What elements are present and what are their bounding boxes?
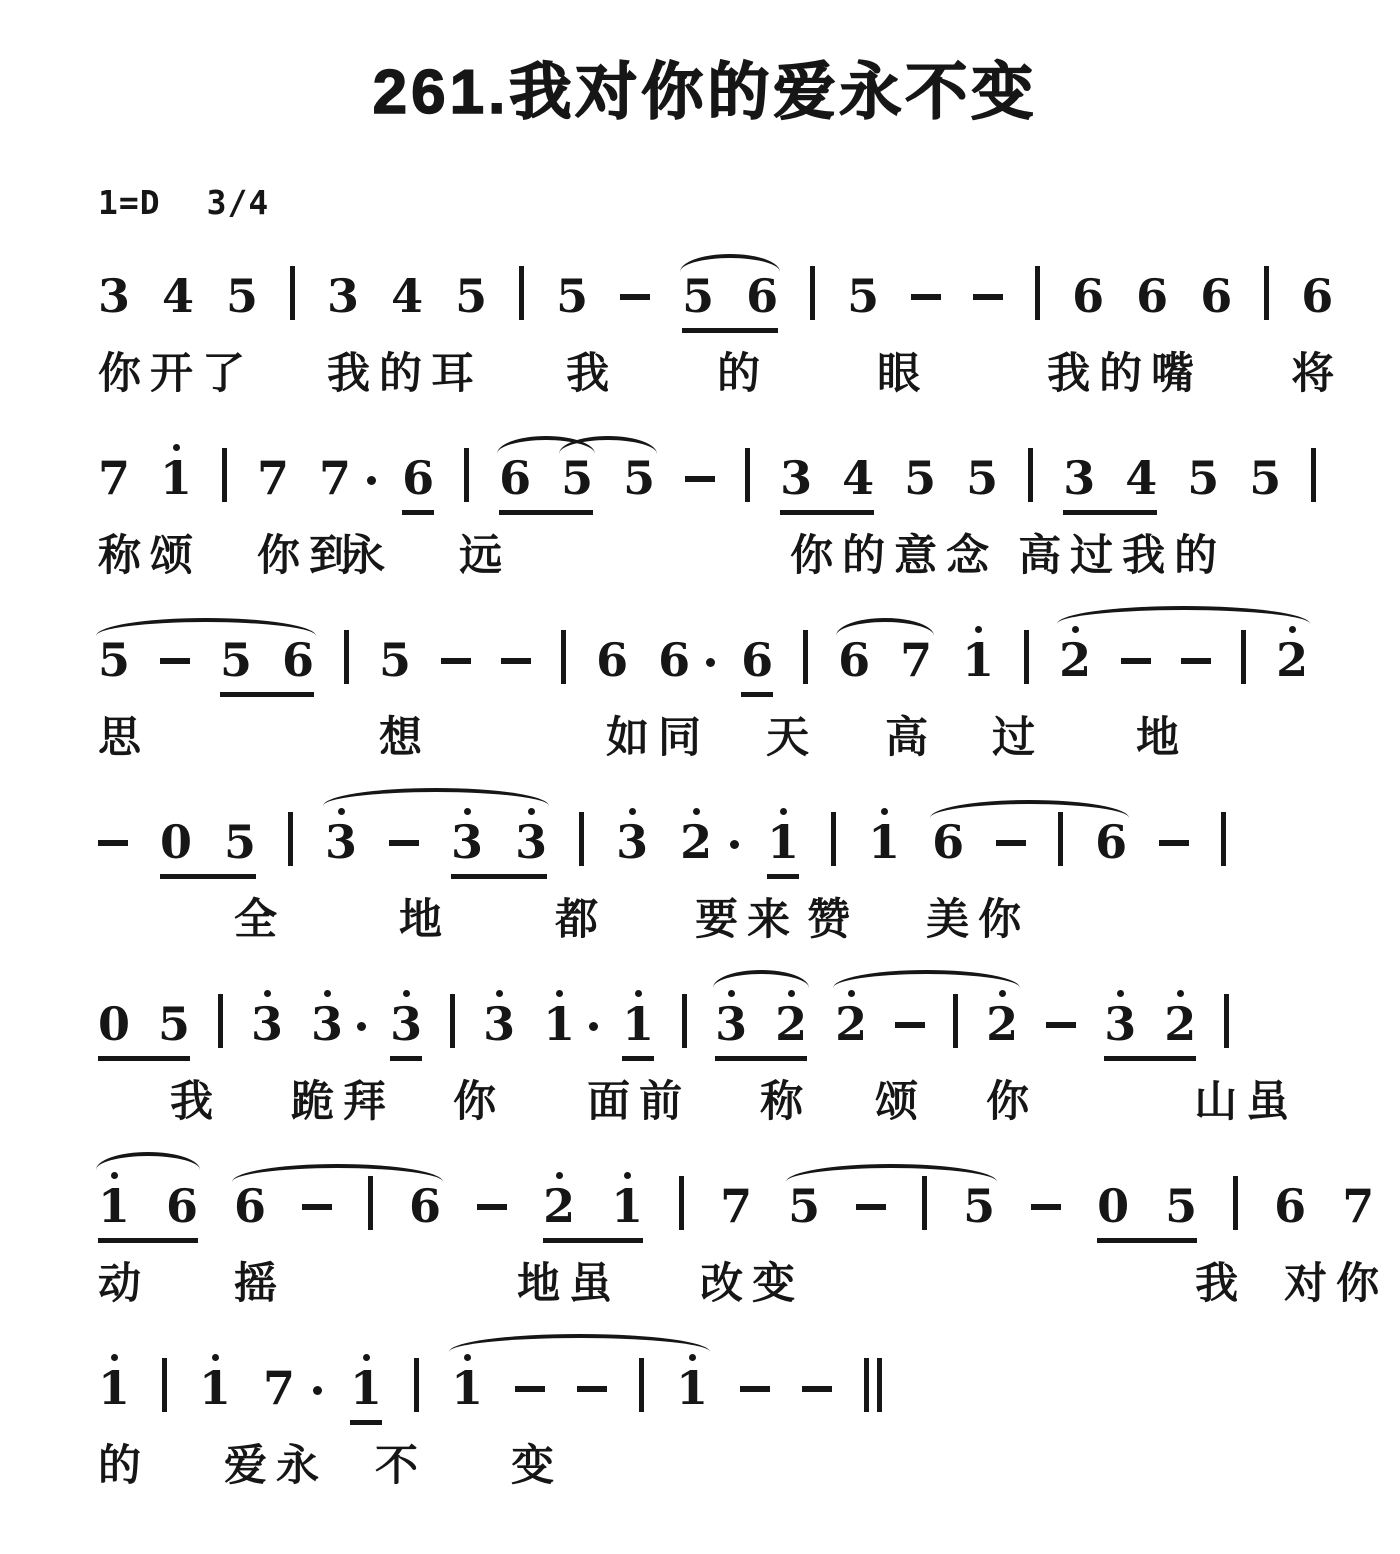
note-6: 6 xyxy=(932,788,964,874)
dot-mark xyxy=(706,658,715,667)
barline-mark xyxy=(639,1358,644,1412)
octave-dot xyxy=(1289,626,1296,633)
octave-dot xyxy=(464,808,471,815)
note-1: 1 xyxy=(962,606,994,692)
dash-mark xyxy=(895,1022,925,1028)
octave-dot xyxy=(728,990,735,997)
note-number: 2 xyxy=(1276,636,1308,684)
barline xyxy=(803,606,808,692)
time-signature: 3/4 xyxy=(207,183,270,222)
note-number: 5 xyxy=(788,1182,820,1230)
octave-dot xyxy=(693,808,700,815)
octave-dot xyxy=(363,1354,370,1361)
note-1: 1 xyxy=(199,1334,231,1420)
barline-mark xyxy=(810,266,815,320)
note-5: 5 xyxy=(966,424,998,510)
note-1: 1 xyxy=(160,424,192,510)
dash-mark xyxy=(302,1204,332,1210)
slur-arc xyxy=(449,1334,710,1352)
note-number: 1 xyxy=(767,818,799,866)
note-1: 1 xyxy=(611,1152,643,1238)
octave-dot xyxy=(464,1354,471,1361)
lyric-text: 你的意念 xyxy=(790,522,998,583)
barline xyxy=(344,606,349,692)
barline-mark xyxy=(922,1176,927,1230)
duration-dash xyxy=(1031,1152,1061,1238)
octave-dot xyxy=(324,990,331,997)
note-5: 5 xyxy=(847,242,879,328)
octave-dot xyxy=(1177,990,1184,997)
note-number: 7 xyxy=(319,454,351,502)
lyric-text: 如同 xyxy=(606,704,710,765)
dash-mark xyxy=(1159,840,1189,846)
music-line-1: 34534555656666你开了我的耳我的眼我的嘴将 xyxy=(98,242,1312,410)
note-number: 2 xyxy=(986,1000,1018,1048)
barline xyxy=(682,970,687,1056)
note-number: 6 xyxy=(658,636,690,684)
barline-mark xyxy=(1311,448,1316,502)
note-number: 3 xyxy=(715,1000,747,1048)
note-number: 5 xyxy=(556,272,588,320)
barline-mark xyxy=(464,448,469,502)
barline-mark xyxy=(414,1358,419,1412)
note-number: 5 xyxy=(1165,1182,1197,1230)
note-number: 2 xyxy=(1164,1000,1196,1048)
dash-mark xyxy=(477,1204,507,1210)
barline-mark xyxy=(1233,1176,1238,1230)
barline-mark xyxy=(803,630,808,684)
octave-dot xyxy=(975,626,982,633)
song-title: 261.我对你的爱永不变 xyxy=(98,42,1312,131)
note-number: 3 xyxy=(515,818,547,866)
barline-mark xyxy=(450,994,455,1048)
octave-dot xyxy=(635,990,642,997)
beam-group: 1 xyxy=(767,788,799,879)
note-number: 6 xyxy=(1274,1182,1306,1230)
note-5: 5 xyxy=(379,606,411,692)
lyric-text: 摇 xyxy=(234,1250,286,1311)
duration-dash xyxy=(441,606,471,692)
note-7: 7 xyxy=(257,424,289,510)
duration-dash xyxy=(685,424,715,510)
barline-mark xyxy=(745,448,750,502)
barline xyxy=(1224,970,1229,1056)
lyric-text: 眼 xyxy=(877,340,929,401)
barline-mark xyxy=(1024,630,1029,684)
lyric-text: 我 xyxy=(1195,1250,1247,1311)
octave-dot xyxy=(848,990,855,997)
note-number: 5 xyxy=(1187,454,1219,502)
music-line-3: 556566667122思想如同天高过地 xyxy=(98,606,1312,774)
barline-mark xyxy=(1264,266,1269,320)
note-number: 5 xyxy=(847,272,879,320)
octave-dot xyxy=(528,808,535,815)
note-5: 5 xyxy=(455,242,487,328)
note-7: 7 xyxy=(720,1152,752,1238)
note-number: 1 xyxy=(868,818,900,866)
octave-dot xyxy=(881,808,888,815)
dot-mark xyxy=(357,1022,366,1031)
lyric-text: 我 xyxy=(566,340,618,401)
note-7: 7 xyxy=(98,424,130,510)
lyric-text: 全 xyxy=(234,886,286,947)
beam-group: 05 xyxy=(1097,1152,1197,1243)
note-number: 5 xyxy=(220,636,252,684)
barline xyxy=(464,424,469,510)
note-number: 6 xyxy=(932,818,964,866)
note-1: 1 xyxy=(767,788,799,874)
lyric-text: 地 xyxy=(1136,704,1188,765)
note-3: 3 xyxy=(327,242,359,328)
rhythm-dot xyxy=(730,788,739,874)
barline xyxy=(1035,242,1040,328)
duration-dash xyxy=(911,242,941,328)
note-5: 5 xyxy=(226,242,258,328)
note-number: 7 xyxy=(263,1364,295,1412)
lyric-text: 改变 xyxy=(700,1250,804,1311)
note-4: 4 xyxy=(391,242,423,328)
barline xyxy=(1311,424,1316,510)
lyric-text: 的 xyxy=(98,1432,150,1493)
beam-group: 6 xyxy=(402,424,434,515)
note-number: 5 xyxy=(682,272,714,320)
barline xyxy=(1233,1152,1238,1238)
barline xyxy=(679,1152,684,1238)
note-number: 6 xyxy=(838,636,870,684)
note-5: 5 xyxy=(1165,1152,1197,1238)
note-7: 7 xyxy=(263,1334,295,1420)
lyric-text: 颂 xyxy=(875,1068,927,1129)
octave-dot xyxy=(264,990,271,997)
barline xyxy=(810,242,815,328)
notation-row: 34534555656666 xyxy=(98,242,1312,328)
barline xyxy=(290,242,295,328)
note-number: 1 xyxy=(199,1364,231,1412)
lyric-text: 你开了 xyxy=(98,340,254,401)
beam-group: 21 xyxy=(543,1152,643,1243)
note-1: 1 xyxy=(868,788,900,874)
note-number: 2 xyxy=(543,1182,575,1230)
note-number: 6 xyxy=(596,636,628,684)
dash-mark xyxy=(620,294,650,300)
lyric-text: 动 xyxy=(98,1250,150,1311)
notation-row: 556566667122 xyxy=(98,606,1312,692)
note-6: 6 xyxy=(1200,242,1232,328)
note-4: 4 xyxy=(162,242,194,328)
barline xyxy=(288,788,293,874)
barline xyxy=(831,788,836,874)
note-1: 1 xyxy=(622,970,654,1056)
note-number: 1 xyxy=(160,454,192,502)
dash-mark xyxy=(577,1386,607,1392)
dash-mark xyxy=(441,658,471,664)
lyric-text: 要来 xyxy=(695,886,799,947)
barline-mark xyxy=(679,1176,684,1230)
note-3: 3 xyxy=(1104,970,1136,1056)
barline-mark xyxy=(1241,630,1246,684)
lyric-text: 山虽 xyxy=(1194,1068,1298,1129)
note-6: 6 xyxy=(409,1152,441,1238)
barline xyxy=(450,970,455,1056)
note-5: 5 xyxy=(963,1152,995,1238)
notation-row: 05333321166 xyxy=(98,788,1312,874)
notation-row: 7177665534553455 xyxy=(98,424,1312,510)
barline xyxy=(162,1334,167,1420)
dot-mark xyxy=(730,840,739,849)
barline xyxy=(218,970,223,1056)
notation-row: 05333311322232 xyxy=(98,970,1312,1056)
note-number: 1 xyxy=(98,1182,130,1230)
note-number: 4 xyxy=(162,272,194,320)
barline-mark xyxy=(368,1176,373,1230)
barline-mark xyxy=(344,630,349,684)
note-number: 1 xyxy=(451,1364,483,1412)
barline xyxy=(519,242,524,328)
dash-mark xyxy=(98,840,128,846)
note-number: 1 xyxy=(543,1000,575,1048)
duration-dash xyxy=(802,1334,832,1420)
final-double-barline xyxy=(864,1334,882,1420)
lyric-text: 不 xyxy=(375,1432,427,1493)
lyric-text: 你 xyxy=(986,1068,1038,1129)
dash-mark xyxy=(501,658,531,664)
barline xyxy=(1264,242,1269,328)
barline-mark xyxy=(561,630,566,684)
note-number: 4 xyxy=(1125,454,1157,502)
lyrics-row: 我跪拜你面前称颂你山虽 xyxy=(98,1058,1312,1138)
music-lines: 34534555656666你开了我的耳我的眼我的嘴将7177665534553… xyxy=(98,242,1312,1502)
note-5: 5 xyxy=(1249,424,1281,510)
beam-group: 1 xyxy=(350,1334,382,1425)
note-number: 0 xyxy=(98,1000,130,1048)
note-5: 5 xyxy=(904,424,936,510)
note-2: 2 xyxy=(1164,970,1196,1056)
octave-dot xyxy=(173,444,180,451)
dot-mark xyxy=(367,476,376,485)
lyric-text: 变 xyxy=(511,1432,563,1493)
beam-group: 32 xyxy=(1104,970,1196,1061)
duration-dash xyxy=(740,1334,770,1420)
dash-mark xyxy=(856,1204,886,1210)
barline-mark xyxy=(1028,448,1033,502)
note-5: 5 xyxy=(158,970,190,1056)
beam-group: 05 xyxy=(98,970,190,1061)
note-number: 6 xyxy=(402,454,434,502)
octave-dot xyxy=(780,808,787,815)
lyric-text: 地 xyxy=(399,886,451,947)
note-number: 6 xyxy=(1072,272,1104,320)
octave-dot xyxy=(338,808,345,815)
note-5: 5 xyxy=(98,606,130,692)
barline-mark xyxy=(162,1358,167,1412)
barline xyxy=(1024,606,1029,692)
octave-dot xyxy=(212,1354,219,1361)
note-6: 6 xyxy=(234,1152,266,1238)
note-number: 5 xyxy=(623,454,655,502)
octave-dot xyxy=(111,1354,118,1361)
note-number: 0 xyxy=(1097,1182,1129,1230)
lyric-text: 远 xyxy=(459,522,511,583)
beam-group: 05 xyxy=(160,788,256,879)
note-6: 6 xyxy=(402,424,434,510)
note-number: 7 xyxy=(900,636,932,684)
lyrics-row: 称颂你到永远你的意念高过我的 xyxy=(98,512,1312,592)
lyric-text: 美你 xyxy=(926,886,1030,947)
dot-mark xyxy=(589,1022,598,1031)
dash-mark xyxy=(973,294,1003,300)
octave-dot xyxy=(556,1172,563,1179)
note-2: 2 xyxy=(543,1152,575,1238)
lyric-text: 高 xyxy=(885,704,937,765)
barline-mark xyxy=(877,1358,882,1412)
lyric-text: 我 xyxy=(170,1068,222,1129)
barline-mark xyxy=(579,812,584,866)
duration-dash xyxy=(1159,788,1189,874)
rhythm-dot xyxy=(589,970,598,1056)
rest-note: 0 xyxy=(160,788,192,874)
barline-mark xyxy=(222,448,227,502)
duration-dash xyxy=(98,788,128,874)
note-5: 5 xyxy=(556,242,588,328)
beam-group: 34 xyxy=(780,424,874,515)
note-number: 7 xyxy=(257,454,289,502)
octave-dot xyxy=(689,1354,696,1361)
note-number: 2 xyxy=(1059,636,1091,684)
note-number: 2 xyxy=(680,818,712,866)
note-5: 5 xyxy=(788,1152,820,1238)
note-number: 3 xyxy=(390,1000,422,1048)
double-bar-group xyxy=(864,1358,882,1412)
note-number: 3 xyxy=(1063,454,1095,502)
barline-mark xyxy=(519,266,524,320)
note-number: 2 xyxy=(835,1000,867,1048)
duration-dash xyxy=(973,242,1003,328)
barline-mark xyxy=(218,994,223,1048)
dash-mark xyxy=(160,658,190,664)
octave-dot xyxy=(999,990,1006,997)
note-number: 4 xyxy=(842,454,874,502)
note-number: 5 xyxy=(226,272,258,320)
lyric-text: 永 xyxy=(342,522,394,583)
dash-mark xyxy=(1046,1022,1076,1028)
duration-dash xyxy=(477,1152,507,1238)
note-number: 3 xyxy=(327,272,359,320)
lyric-text: 你 xyxy=(453,1068,505,1129)
note-number: 3 xyxy=(325,818,357,866)
barline-mark xyxy=(1221,812,1226,866)
note-number: 0 xyxy=(160,818,192,866)
note-number: 7 xyxy=(720,1182,752,1230)
barline-mark xyxy=(1058,812,1063,866)
octave-dot xyxy=(556,990,563,997)
note-number: 1 xyxy=(962,636,994,684)
lyrics-row: 的爱永不变 xyxy=(98,1422,1312,1502)
note-6: 6 xyxy=(1274,1152,1306,1238)
note-number: 5 xyxy=(904,454,936,502)
note-3: 3 xyxy=(251,970,283,1056)
note-number: 5 xyxy=(1249,454,1281,502)
dash-mark xyxy=(802,1386,832,1392)
note-number: 3 xyxy=(451,818,483,866)
note-6: 6 xyxy=(658,606,690,692)
lyric-text: 面前 xyxy=(587,1068,691,1129)
barline-mark xyxy=(1035,266,1040,320)
note-number: 3 xyxy=(483,1000,515,1048)
octave-dot xyxy=(1072,626,1079,633)
lyric-text: 我的耳 xyxy=(327,340,483,401)
beam-group: 34 xyxy=(1063,424,1157,515)
note-number: 7 xyxy=(1342,1182,1374,1230)
note-number: 6 xyxy=(499,454,531,502)
note-number: 6 xyxy=(1095,818,1127,866)
note-3: 3 xyxy=(780,424,812,510)
barline-mark xyxy=(831,812,836,866)
duration-dash xyxy=(620,242,650,328)
note-number: 3 xyxy=(1104,1000,1136,1048)
note-number: 5 xyxy=(963,1182,995,1230)
note-number: 1 xyxy=(350,1364,382,1412)
dash-mark xyxy=(996,840,1026,846)
barline-mark xyxy=(953,994,958,1048)
lyric-text: 跪拜 xyxy=(291,1068,395,1129)
note-number: 6 xyxy=(1301,272,1333,320)
barline xyxy=(1221,788,1226,874)
rest-note: 0 xyxy=(1097,1152,1129,1238)
note-4: 4 xyxy=(1125,424,1157,510)
note-number: 5 xyxy=(455,272,487,320)
octave-dot xyxy=(403,990,410,997)
barline xyxy=(1028,424,1033,510)
note-5: 5 xyxy=(1187,424,1219,510)
note-2: 2 xyxy=(680,788,712,874)
note-number: 3 xyxy=(616,818,648,866)
rhythm-dot xyxy=(357,970,366,1056)
lyric-text: 天 xyxy=(766,704,818,765)
octave-dot xyxy=(1117,990,1124,997)
lyric-text: 过 xyxy=(992,704,1044,765)
note-3: 3 xyxy=(390,970,422,1056)
note-1: 1 xyxy=(350,1334,382,1420)
octave-dot xyxy=(111,1172,118,1179)
barline-mark xyxy=(864,1358,869,1412)
note-number: 3 xyxy=(251,1000,283,1048)
note-number: 6 xyxy=(409,1182,441,1230)
rhythm-dot xyxy=(367,424,376,510)
note-6: 6 xyxy=(1301,242,1333,328)
key-time-row: 1=D 3/4 xyxy=(98,183,1312,222)
note-number: 6 xyxy=(234,1182,266,1230)
dash-mark xyxy=(685,476,715,482)
barline xyxy=(222,424,227,510)
lyric-text: 高过我的 xyxy=(1018,522,1226,583)
music-line-4: 05333321166全地都要来赞美你 xyxy=(98,788,1312,956)
beam-group: 6 xyxy=(741,606,773,697)
rhythm-dot xyxy=(706,606,715,692)
barline-mark xyxy=(290,266,295,320)
note-6: 6 xyxy=(1072,242,1104,328)
note-number: 5 xyxy=(98,636,130,684)
note-6: 6 xyxy=(282,606,314,692)
dash-mark xyxy=(1181,658,1211,664)
note-number: 5 xyxy=(158,1000,190,1048)
dot-mark xyxy=(313,1386,322,1395)
barline xyxy=(745,424,750,510)
note-number: 1 xyxy=(676,1364,708,1412)
lyric-text: 爱永 xyxy=(224,1432,328,1493)
rest-note: 0 xyxy=(98,970,130,1056)
duration-dash xyxy=(501,606,531,692)
note-6: 6 xyxy=(1095,788,1127,874)
